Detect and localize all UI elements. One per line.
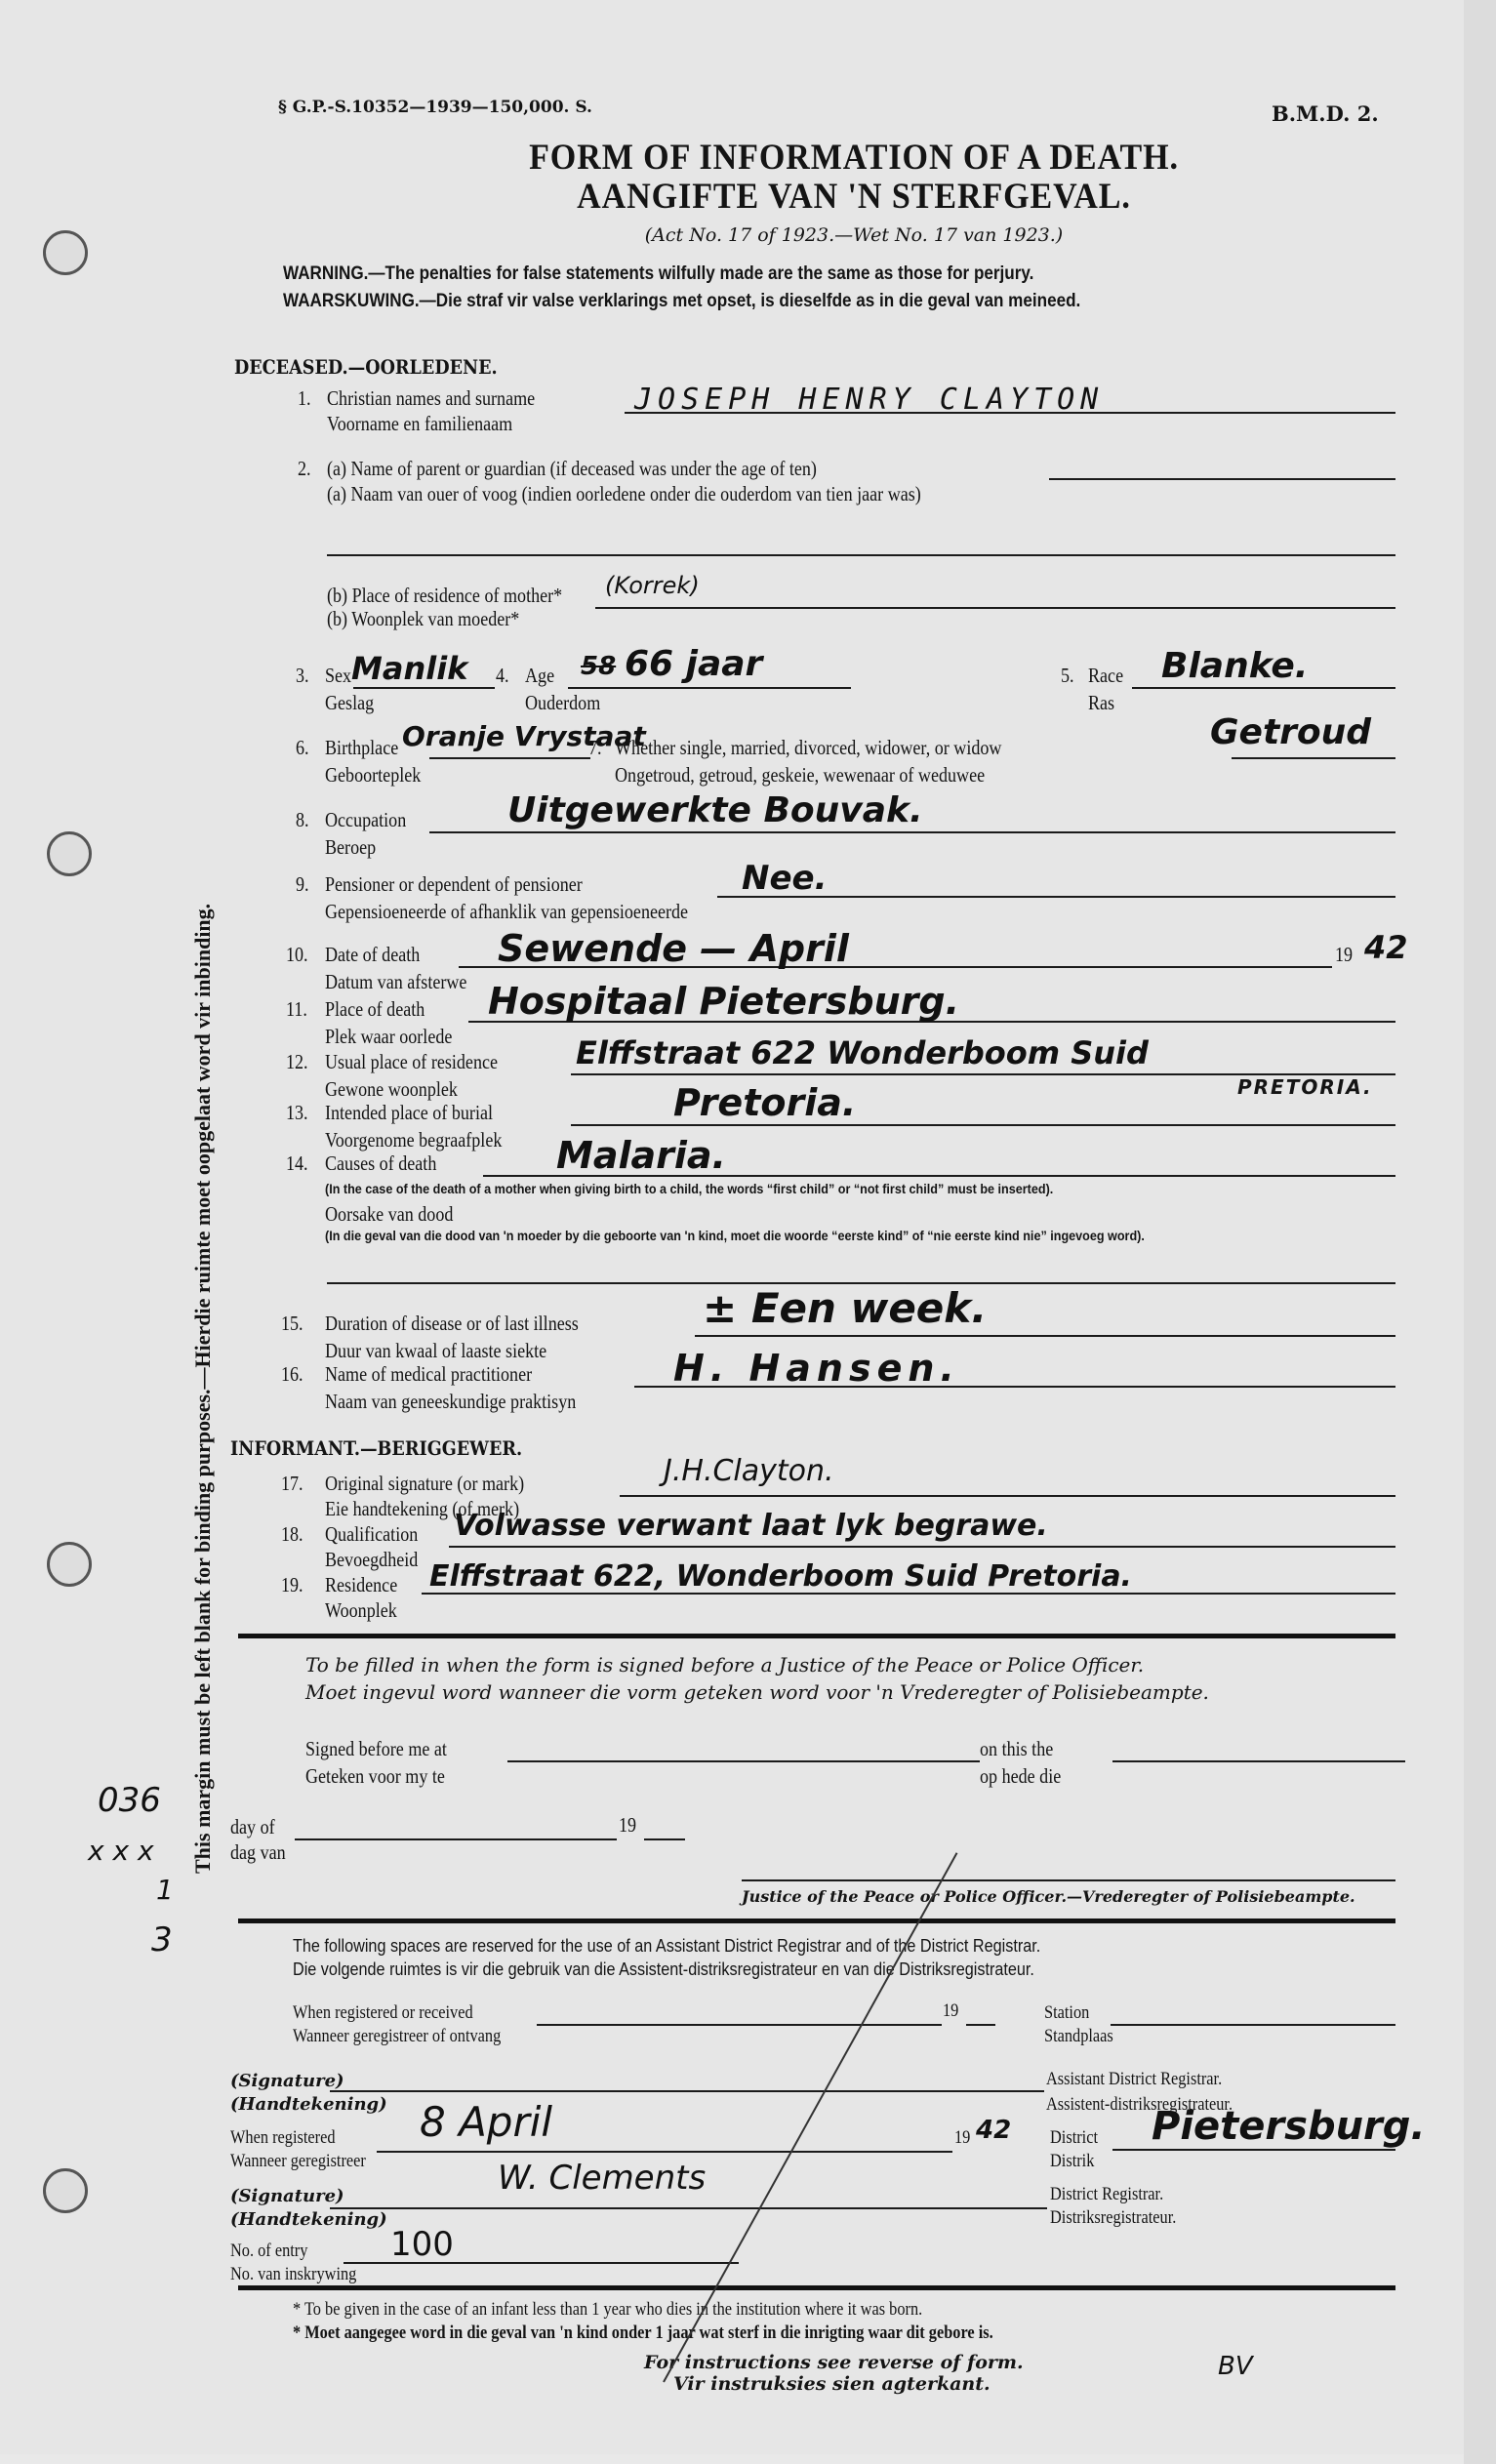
field-7-value[interactable]: Getroud (1210, 712, 1371, 752)
field-17-number: 17. (281, 1472, 303, 1496)
field-17-value[interactable]: J.H.Clayton. (664, 1454, 834, 1488)
field-17-line (620, 1495, 1395, 1497)
act-reference: (Act No. 17 of 1923.—Wet No. 17 van 1923… (385, 224, 1322, 246)
day-of-label-af: dag van (230, 1840, 286, 1865)
on-this-label: on this the (980, 1737, 1053, 1761)
footnote-english: * To be given in the case of an infant l… (293, 2299, 922, 2321)
signature-label-af: (Handtekening) (230, 2094, 387, 2115)
field-15-label: Duration of disease or of last illness (325, 1312, 579, 1336)
field-13-line (571, 1124, 1395, 1126)
on-this-line[interactable] (1112, 1760, 1405, 1762)
binding-margin-note: This margin must be left blank for bindi… (190, 904, 216, 1874)
justice-signature-caption: Justice of the Peace or Police Officer.—… (742, 1887, 1355, 1906)
station-label-af: Standplaas (1044, 2026, 1113, 2047)
field-3-label-af: Geslag (325, 691, 374, 715)
field-5-label: Race (1088, 664, 1123, 688)
field-12-label-af: Gewone woonplek (325, 1077, 458, 1102)
field-14-label-af: Oorsake van dood (325, 1202, 453, 1227)
field-2a-line-2 (327, 554, 1395, 556)
district-label-af: Distrik (1050, 2151, 1094, 2172)
field-7-number: 7. (588, 736, 602, 760)
field-4-label: Age (525, 664, 554, 688)
received-label: When registered or received (293, 2002, 473, 2024)
field-6-label-af: Geboorteplek (325, 763, 421, 788)
registered-value[interactable]: 8 April (420, 2098, 552, 2146)
field-8-value[interactable]: Uitgewerkte Bouvak. (507, 790, 923, 830)
field-12-extra[interactable]: PRETORIA. (1237, 1075, 1373, 1099)
form-code: B.M.D. 2. (1272, 101, 1379, 126)
field-9-value[interactable]: Nee. (742, 859, 828, 898)
justice-intro-english: To be filled in when the form is signed … (305, 1653, 1144, 1676)
field-11-label: Place of death (325, 997, 425, 1022)
field-16-label: Name of medical practitioner (325, 1362, 532, 1387)
justice-signature-line[interactable] (742, 1879, 1395, 1881)
day-of-line[interactable] (295, 1838, 617, 1840)
field-13-label-af: Voorgenome begraafplek (325, 1128, 502, 1152)
registrar-intro-english: The following spaces are reserved for th… (293, 1936, 1040, 1957)
footnote-afrikaans: * Moet aangegee word in die geval van 'n… (293, 2323, 993, 2344)
field-12-label: Usual place of residence (325, 1050, 498, 1074)
field-2a-line (1049, 478, 1395, 480)
warning-english: WARNING.—The penalties for false stateme… (283, 263, 1033, 285)
asst-registrar-caption: Assistant District Registrar. (1046, 2069, 1222, 2090)
field-11-number: 11. (286, 997, 307, 1022)
field-8-line (429, 831, 1395, 833)
registered-line (377, 2151, 952, 2153)
field-2b-label: (b) Place of residence of mother* (327, 584, 562, 608)
field-18-number: 18. (281, 1522, 303, 1547)
field-1-label: Christian names and surname (327, 386, 535, 411)
entry-label: No. of entry (230, 2241, 307, 2262)
field-5-number: 5. (1061, 664, 1074, 688)
field-2a-label: (a) Name of parent or guardian (if decea… (327, 457, 817, 481)
punch-hole-bottom (43, 2168, 88, 2213)
punch-hole-upper (47, 831, 92, 876)
field-10-year-value[interactable]: 42 (1364, 929, 1408, 966)
registered-label-af: Wanneer geregistreer (230, 2151, 366, 2172)
field-9-number: 9. (296, 872, 309, 897)
field-19-label-af: Woonplek (325, 1598, 397, 1623)
section-deceased: DECEASED.—OORLEDENE. (234, 355, 498, 379)
field-7-line (1232, 757, 1395, 759)
field-10-label-af: Datum van afsterwe (325, 970, 466, 994)
field-14-value[interactable]: Malaria. (556, 1134, 726, 1177)
field-11-value[interactable]: Hospitaal Pietersburg. (488, 980, 959, 1023)
district-registrar-caption-af: Distriksregistrateur. (1050, 2207, 1176, 2229)
district-label: District (1050, 2127, 1098, 2149)
margin-annotation-number: 036 (98, 1781, 161, 1820)
field-3-label: Sex (325, 664, 351, 688)
field-2b-value[interactable]: (Korrek) (605, 572, 700, 599)
field-15-value[interactable]: ± Een week. (703, 1284, 987, 1332)
punch-hole-top (43, 230, 88, 275)
field-5-line (1132, 687, 1395, 689)
district-registrar-signature-line (330, 2207, 1047, 2209)
field-19-number: 19. (281, 1573, 303, 1597)
scan-edge (1464, 0, 1496, 2464)
justice-intro-afrikaans: Moet ingevul word wanneer die vorm getek… (305, 1680, 1209, 1704)
field-15-line (695, 1335, 1395, 1337)
day-of-label: day of (230, 1815, 275, 1839)
field-18-line (449, 1546, 1395, 1548)
instructions-afrikaans: Vir instruksies sien agterkant. (673, 2373, 991, 2395)
divider-informant (238, 1634, 1395, 1638)
field-13-number: 13. (286, 1101, 308, 1125)
field-19-value[interactable]: Elffstraat 622, Wonderboom Suid Pretoria… (429, 1559, 1132, 1594)
field-8-label: Occupation (325, 808, 406, 832)
entry-value[interactable]: 100 (390, 2225, 454, 2264)
divider-registrar (238, 2285, 1395, 2290)
field-7-label: Whether single, married, divorced, widow… (615, 736, 1001, 760)
field-14-note: (In the case of the death of a mother wh… (325, 1181, 1053, 1196)
document-page: This margin must be left blank for bindi… (0, 0, 1467, 2454)
field-3-number: 3. (296, 664, 309, 688)
field-10-value[interactable]: Sewende — April (498, 927, 849, 970)
field-1-label-af: Voorname en familienaam (327, 412, 512, 436)
field-9-label: Pensioner or dependent of pensioner (325, 872, 583, 897)
district-line (1112, 2149, 1395, 2151)
field-16-number: 16. (281, 1362, 303, 1387)
field-3-line (353, 687, 495, 689)
field-8-label-af: Beroep (325, 835, 376, 860)
print-code: § G.P.-S.10352—1939—150,000. S. (278, 98, 592, 117)
on-this-label-af: op hede die (980, 1764, 1061, 1789)
registered-label: When registered (230, 2127, 336, 2149)
asst-registrar-signature-line[interactable] (330, 2090, 1044, 2092)
field-2b-label-af: (b) Woonplek van moeder* (327, 607, 519, 631)
field-6-label: Birthplace (325, 736, 398, 760)
field-18-value[interactable]: Volwasse verwant laat lyk begrawe. (454, 1509, 1048, 1543)
district-registrar-signature-value[interactable]: W. Clements (498, 2159, 706, 2198)
field-16-value[interactable]: H. Hansen. (673, 1347, 960, 1390)
station-label: Station (1044, 2002, 1089, 2024)
field-10-year-prefix: 19 (1335, 943, 1353, 967)
field-12-value[interactable]: Elffstraat 622 Wonderboom Suid (576, 1034, 1149, 1071)
day-of-year-line[interactable] (644, 1838, 685, 1840)
field-9-label-af: Gepensioeneerde of afhanklik van gepensi… (325, 900, 688, 924)
field-4-line (568, 687, 851, 689)
signed-at-line[interactable] (507, 1760, 980, 1762)
field-7-label-af: Ongetroud, getroud, geskeie, wewenaar of… (615, 763, 985, 788)
received-label-af: Wanneer geregistreer of ontvang (293, 2026, 501, 2047)
field-10-number: 10. (286, 943, 308, 967)
field-2-number: 2. (298, 457, 311, 481)
day-of-year-prefix: 19 (619, 1813, 636, 1838)
signed-at-label-af: Geteken voor my te (305, 1764, 445, 1789)
field-15-number: 15. (281, 1312, 303, 1336)
field-14-label: Causes of death (325, 1151, 436, 1176)
field-18-label-af: Bevoegdheid (325, 1548, 418, 1572)
field-11-label-af: Plek waar oorlede (325, 1025, 452, 1049)
field-4-number: 4. (496, 664, 509, 688)
title-english: FORM OF INFORMATION OF A DEATH. (423, 137, 1284, 179)
field-5-value[interactable]: Blanke. (1161, 646, 1308, 686)
field-15-label-af: Duur van kwaal of laaste siekte (325, 1339, 546, 1363)
registered-year-value[interactable]: 42 (976, 2116, 1011, 2145)
received-year-prefix: 19 (943, 2000, 958, 2022)
field-14-note-af: (In die geval van die dood van 'n moeder… (325, 1228, 1145, 1243)
field-18-label: Qualification (325, 1522, 418, 1547)
punch-hole-lower (47, 1542, 92, 1587)
margin-annotation-1: 1 (156, 1874, 174, 1906)
station-line[interactable] (1111, 2024, 1395, 2026)
field-13-label: Intended place of burial (325, 1101, 493, 1125)
field-16-label-af: Naam van geneeskundige praktisyn (325, 1390, 576, 1414)
field-2b-line (595, 607, 1395, 609)
field-5-label-af: Ras (1088, 691, 1114, 715)
field-10-label: Date of death (325, 943, 420, 967)
field-4-struck-value: 58 (581, 652, 616, 681)
field-4-value[interactable]: 66 jaar (625, 644, 762, 684)
field-17-label: Original signature (or mark) (325, 1472, 524, 1496)
received-year-line[interactable] (966, 2024, 995, 2026)
district-registrar-caption: District Registrar. (1050, 2184, 1163, 2205)
margin-annotation-marks: x x x (88, 1835, 154, 1867)
margin-annotation-3: 3 (151, 1920, 173, 1959)
entry-label-af: No. van inskrywing (230, 2264, 356, 2285)
divider-justice (238, 1919, 1395, 1923)
registrar-intro-afrikaans: Die volgende ruimtes is vir die gebruik … (293, 1959, 1034, 1980)
field-1-number: 1. (298, 386, 311, 411)
field-19-label: Residence (325, 1573, 397, 1597)
field-3-value[interactable]: Manlik (351, 650, 467, 687)
warning-afrikaans: WAARSKUWING.—Die straf vir valse verklar… (283, 291, 1080, 312)
district-value[interactable]: Pietersburg. (1152, 2104, 1426, 2149)
field-8-number: 8. (296, 808, 309, 832)
initials-mark: BV (1218, 2352, 1253, 2381)
received-line[interactable] (537, 2024, 942, 2026)
title-afrikaans: AANGIFTE VAN 'N STERFGEVAL. (423, 176, 1284, 218)
field-6-line (429, 757, 590, 759)
registered-year-prefix: 19 (954, 2127, 970, 2149)
field-6-value[interactable]: Oranje Vrystaat (402, 720, 646, 752)
field-4-label-af: Ouderdom (525, 691, 600, 715)
instructions-english: For instructions see reverse of form. (644, 2352, 1024, 2373)
field-12-number: 12. (286, 1050, 308, 1074)
section-informant: INFORMANT.—BERIGGEWER. (230, 1436, 522, 1460)
field-1-value[interactable]: JOSEPH HENRY CLAYTON (634, 383, 1104, 417)
field-2a-label-af: (a) Naam van ouer of voog (indien oorled… (327, 482, 921, 506)
field-13-value[interactable]: Pretoria. (673, 1081, 856, 1124)
field-6-num: 6. (296, 736, 309, 760)
signature2-label: (Signature) (230, 2186, 344, 2206)
signed-at-label: Signed before me at (305, 1737, 447, 1761)
field-14-number: 14. (286, 1151, 308, 1176)
signature2-label-af: (Handtekening) (230, 2209, 387, 2230)
signature-label: (Signature) (230, 2071, 344, 2091)
